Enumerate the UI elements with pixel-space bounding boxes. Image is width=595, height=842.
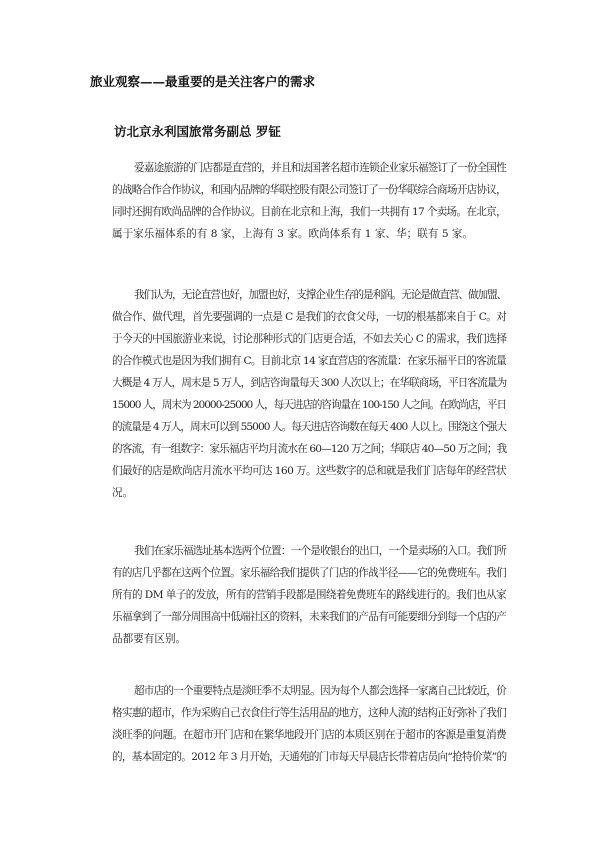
paragraph-line: 况。 (90, 482, 506, 504)
paragraph-line: 做合作、做代理，首先要强调的一点是 C 是我们的衣食父母，一切的根基都来自于 C… (90, 306, 506, 328)
paragraph-line: 同时还拥有欧尚品牌的合作协议。目前在北京和上海，我们一共拥有 17 个卖场。在北… (90, 201, 506, 223)
paragraph-1: 爱嘉途旅游的门店都是直营的，并且和法国著名超市连锁企业家乐福签订了一份全国性 的… (90, 157, 506, 245)
paragraph-line: 超市店的一个重要特点是淡旺季不太明显。因为每个人都会选择一家离自己比较近，价 (90, 680, 506, 702)
paragraph-line: 的流量是 4 万人，周末可以到 55000 人。每天进店咨询数在每天 400 人… (90, 416, 506, 438)
paragraph-line: 的客流，有一组数字：家乐福店平均月流水在 60—120 万之间；华联店 40—5… (90, 438, 506, 460)
document-page: 旅业观察——最重要的是关注客户的需求 访北京永利国旅常务副总 罗钲 爱嘉途旅游的… (0, 0, 595, 842)
article-title: 旅业观察——最重要的是关注客户的需求 (90, 72, 315, 90)
paragraph-line: 的合作模式也是因为我们拥有 C。目前北京 14 家直营店的客流量：在家乐福平日的… (90, 350, 506, 372)
paragraph-line: 15000 人，周末为 20000-25000 人，每天进店的咨询量在 100-… (90, 394, 506, 416)
paragraph-2: 我们认为，无论直营也好，加盟也好，支撑企业生存的是利润。无论是做直营、做加盟、 … (90, 284, 506, 504)
paragraph-4: 超市店的一个重要特点是淡旺季不太明显。因为每个人都会选择一家离自己比较近，价 格… (90, 680, 506, 768)
article-subtitle: 访北京永利国旅常务副总 罗钲 (114, 122, 281, 140)
paragraph-line: 的，基本固定的。2012 年 3 月开始，天通苑的门市每天早晨店长带着店员向“抢… (90, 746, 506, 768)
paragraph-line: 格实惠的超市，作为采购自己衣食住行等生活用品的地方，这种人流的结构正好弥补了我们 (90, 702, 506, 724)
paragraph-line: 我们在家乐福选址基本选两个位置：一个是收银台的出口，一个是卖场的入口。我们所 (90, 540, 506, 562)
paragraph-line: 有的店几乎都在这两个位置。家乐福给我们提供了门店的作战半径——它的免费班车。我们 (90, 562, 506, 584)
paragraph-line: 属于家乐福体系的有 8 家，上海有 3 家。欧尚体系有 1 家、华；联有 5 家… (90, 223, 506, 245)
paragraph-line: 乐福拿到了一部分周围高中低端社区的资料，未来我们的产品有可能要细分到每一个店的产 (90, 606, 506, 628)
paragraph-3: 我们在家乐福选址基本选两个位置：一个是收银台的出口，一个是卖场的入口。我们所 有… (90, 540, 506, 650)
paragraph-line: 我们认为，无论直营也好，加盟也好，支撑企业生存的是利润。无论是做直营、做加盟、 (90, 284, 506, 306)
paragraph-line: 的战略合作合作协议，和国内品牌的华联控股有限公司签订了一份华联综合商场开店协议， (90, 179, 506, 201)
paragraph-line: 们最好的店是欧尚店月流水平均可达 160 万。这些数字的总和就是我们门店每年的经… (90, 460, 506, 482)
paragraph-line: 所有的 DM 单子的发放，所有的营销手段都是围绕着免费班车的路线进行的。我们也从… (90, 584, 506, 606)
paragraph-line: 爱嘉途旅游的门店都是直营的，并且和法国著名超市连锁企业家乐福签订了一份全国性 (90, 157, 506, 179)
paragraph-line: 品都要有区别。 (90, 628, 506, 650)
paragraph-line: 于今天的中国旅游业来说，讨论那种形式的门店更合适，不如去关心 C 的需求，我们选… (90, 328, 506, 350)
paragraph-line: 大概是 4 万人，周末是 5 万人，到店咨询量每天 300 人次以上；在华联商场… (90, 372, 506, 394)
paragraph-line: 淡旺季的问题。在超市开门店和在繁华地段开门店的本质区别在于超市的客源是重复消费 (90, 724, 506, 746)
